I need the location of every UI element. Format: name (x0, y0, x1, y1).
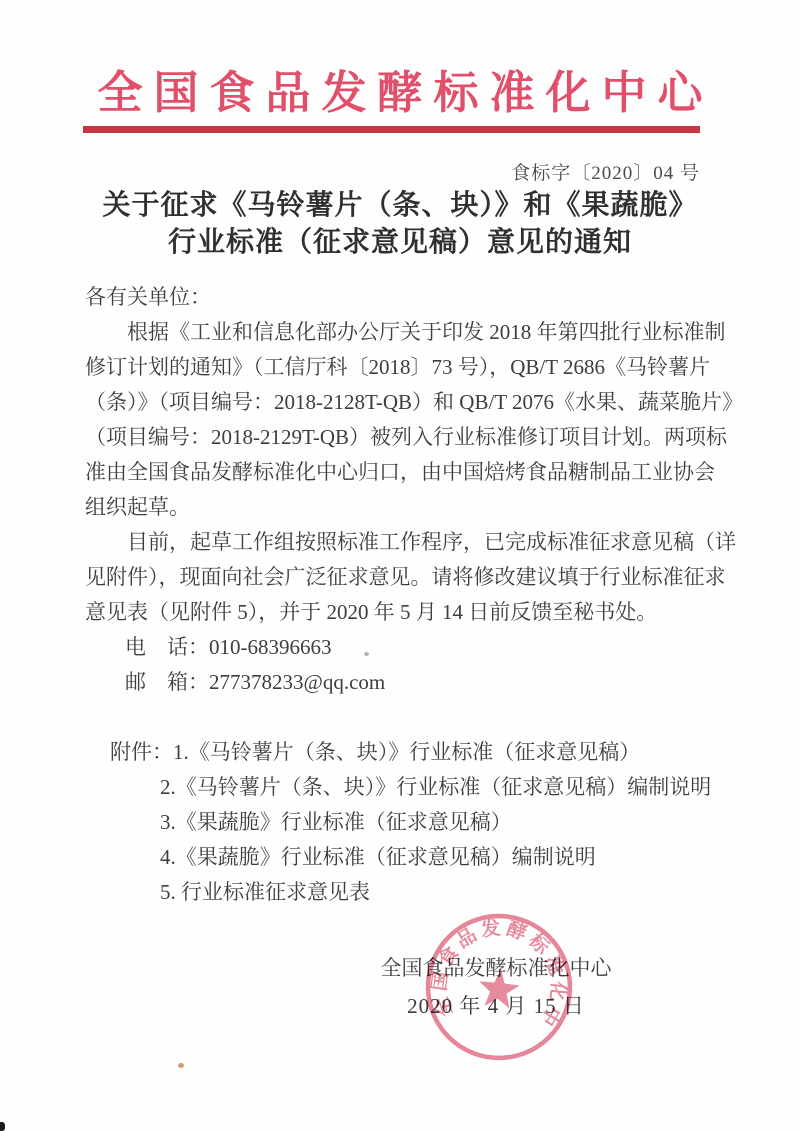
attachment-item: 4.《果蔬脆》行业标准（征求意见稿）编制说明 (160, 845, 596, 869)
masthead-divider (83, 126, 700, 133)
email-line: 邮 箱：277378233@qq.com (85, 665, 719, 700)
scan-speck (364, 652, 369, 656)
attachment-row: 4.《果蔬脆》行业标准（征求意见稿）编制说明 (85, 840, 719, 875)
phone-line: 电 话：010-68396663 (85, 630, 719, 665)
attachment-row: 2.《马铃薯片（条、块）》行业标准（征求意见稿）编制说明 (85, 770, 719, 805)
paragraph2-line: 意见表（见附件 5），并于 2020 年 5 月 14 日前反馈至秘书处。 (85, 595, 719, 630)
salutation: 各有关单位： (85, 280, 719, 315)
org-masthead: 全国食品发酵标准化中心 (0, 56, 800, 121)
paragraph1-line: 准由全国食品发酵标准化中心归口，由中国焙烤食品糖制品工业协会 (85, 455, 719, 490)
blank-gap (85, 700, 719, 735)
paragraph1-line: （条）》（项目编号：2018-2128T-QB）和 QB/T 2076《水果、蔬… (85, 385, 719, 420)
body-text: 各有关单位： 根据《工业和信息化部办公厅关于印发 2018 年第四批行业标准制 … (85, 280, 719, 910)
attachment-row: 附件：1.《马铃薯片（条、块）》行业标准（征求意见稿） (85, 735, 719, 770)
paragraph1-line: 组织起草。 (85, 490, 719, 525)
seal-star-icon (477, 967, 521, 1010)
attachment-row: 5. 行业标准征求意见表 (85, 875, 719, 910)
attachment-item: 5. 行业标准征求意见表 (160, 880, 370, 904)
scanned-notice-page: 全国食品发酵标准化中心 食标字〔2020〕04 号 关于征求《马铃薯片（条、块）… (0, 0, 800, 1131)
official-seal: 全国食品发酵标准化中心 (415, 903, 582, 1070)
paragraph2-line: 见附件），现面向社会广泛征求意见。请将修改建议填于行业标准征求 (85, 560, 719, 595)
doc-title-line1: 关于征求《马铃薯片（条、块）》和《果蔬脆》 (102, 190, 697, 221)
attachments-label: 附件： (110, 740, 173, 764)
paragraph1-line: （项目编号：2018-2129T-QB）被列入行业标准修订项目计划。两项标 (85, 420, 719, 455)
attachment-item: 2.《马铃薯片（条、块）》行业标准（征求意见稿）编制说明 (160, 775, 711, 799)
doc-title: 关于征求《马铃薯片（条、块）》和《果蔬脆》 行业标准（征求意见稿）意见的通知 (0, 187, 800, 261)
seal-rim-text: 全国食品发酵标准化中心 (415, 903, 578, 1034)
doc-title-line2: 行业标准（征求意见稿）意见的通知 (168, 227, 632, 258)
doc-number: 食标字〔2020〕04 号 (511, 158, 700, 185)
scan-edge-artifact (0, 1122, 5, 1131)
attachment-item: 1.《马铃薯片（条、块）》行业标准（征求意见稿） (173, 740, 640, 764)
paragraph2-line: 目前，起草工作组按照标准工作程序，已完成标准征求意见稿（详 (85, 525, 719, 560)
attachment-row: 3.《果蔬脆》行业标准（征求意见稿） (85, 805, 719, 840)
scan-speck (178, 1063, 184, 1068)
paragraph1-line: 根据《工业和信息化部办公厅关于印发 2018 年第四批行业标准制 (85, 315, 719, 350)
svg-text:全国食品发酵标准化中心: 全国食品发酵标准化中心 (415, 903, 578, 1034)
attachment-item: 3.《果蔬脆》行业标准（征求意见稿） (160, 810, 512, 834)
paragraph1-line: 修订计划的通知》（工信厅科〔2018〕73 号），QB/T 2686《马铃薯片 (85, 350, 719, 385)
